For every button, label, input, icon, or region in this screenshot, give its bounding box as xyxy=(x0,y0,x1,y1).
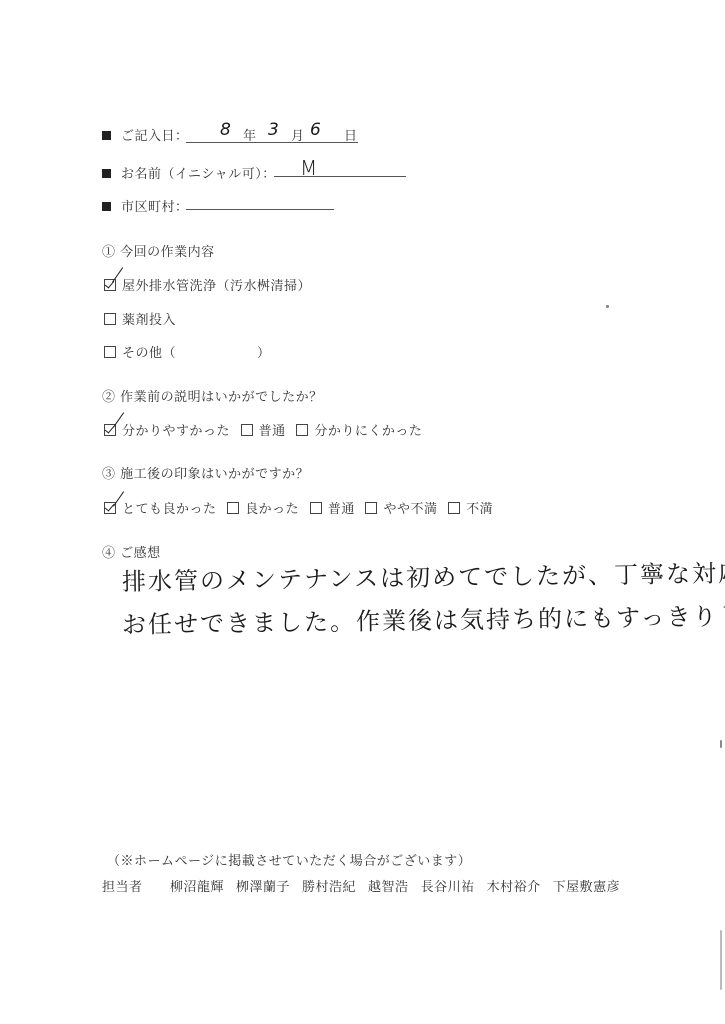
q4-title: ④ ご感想 xyxy=(102,542,161,561)
option-label: 普通 xyxy=(259,424,286,439)
option-label: 薬剤投入 xyxy=(122,313,176,328)
name-value[interactable]: M xyxy=(300,156,317,180)
checkbox-icon[interactable] xyxy=(296,424,308,436)
q3-options: とても良かった 良かった 普通 やや不満 不満 xyxy=(104,498,499,517)
option-label: 不満 xyxy=(466,502,493,517)
comment-line-2[interactable]: お任せできました。作業後は気持ち的にもすっきりしてます。 xyxy=(122,595,725,640)
staff-name: 下屋敷憲彦 xyxy=(553,880,621,895)
date-field: ご記入日： xyxy=(102,125,189,144)
city-underline[interactable] xyxy=(186,209,334,210)
q1-option-outdoor-pipe-cleaning[interactable]: 屋外排水管洗浄（汚水桝清掃） xyxy=(104,275,311,294)
checkbox-icon[interactable] xyxy=(365,502,377,514)
bullet-square-icon xyxy=(102,131,111,140)
option-label: やや不満 xyxy=(383,502,437,517)
q2-title: ② 作業前の説明はいかがでしたか？ xyxy=(102,386,323,405)
staff-name: 勝村浩紀 xyxy=(302,880,356,895)
q1-option-other[interactable]: その他（ ） xyxy=(104,342,271,361)
name-field: お名前（イニシャル可）： xyxy=(102,163,276,182)
q1-title: ① 今回の作業内容 xyxy=(102,241,215,260)
scan-speck xyxy=(606,305,609,308)
date-day-value[interactable]: 6 xyxy=(310,120,321,140)
checkbox-icon[interactable] xyxy=(448,502,460,514)
staff-list: 柳沼龍輝栁澤蘭子勝村浩紀越智浩長谷川祐木村裕介下屋敷憲彦 xyxy=(170,876,620,895)
bullet-square-icon xyxy=(102,169,111,178)
checkbox-icon[interactable] xyxy=(104,346,116,358)
checkbox-checked-icon[interactable] xyxy=(104,279,116,291)
city-label: 市区町村： xyxy=(121,200,189,215)
q3-title: ③ 施工後の印象はいかがですか？ xyxy=(102,463,309,482)
date-year-value[interactable]: 8 xyxy=(220,120,231,140)
scan-edge-mark xyxy=(720,930,722,990)
staff-name: 柳沼龍輝 xyxy=(170,880,224,895)
name-underline xyxy=(274,176,406,177)
option-label: 良かった xyxy=(245,502,299,517)
checkbox-icon[interactable] xyxy=(104,313,116,325)
staff-label: 担当者 xyxy=(102,876,143,895)
publication-note: （※ホームページに掲載させていただく場合がございます） xyxy=(107,850,471,869)
date-label: ご記入日： xyxy=(121,129,189,144)
option-label: 分かりやすかった xyxy=(122,424,230,439)
date-day-unit: 日 xyxy=(344,125,358,144)
date-year-unit: 年 xyxy=(243,125,257,144)
staff-name: 越智浩 xyxy=(368,880,409,895)
checkbox-icon[interactable] xyxy=(227,502,239,514)
checkbox-icon[interactable] xyxy=(310,502,322,514)
comment-line-1[interactable]: 排水管のメンテナンスは初めてでしたが、丁寧な対応で不安なく xyxy=(122,552,725,597)
option-label: 分かりにくかった xyxy=(314,424,422,439)
scan-speck xyxy=(720,740,722,748)
date-month-value[interactable]: 3 xyxy=(268,120,279,140)
date-underline xyxy=(186,142,358,143)
staff-name: 栁澤蘭子 xyxy=(236,880,290,895)
date-month-unit: 月 xyxy=(291,125,305,144)
q2-options: 分かりやすかった 普通 分かりにくかった xyxy=(104,420,428,439)
staff-name: 長谷川祐 xyxy=(421,880,475,895)
checkbox-icon[interactable] xyxy=(241,424,253,436)
option-label: 屋外排水管洗浄（汚水桝清掃） xyxy=(122,279,311,294)
option-label: 普通 xyxy=(328,502,355,517)
staff-name: 木村裕介 xyxy=(487,880,541,895)
q1-option-chemical[interactable]: 薬剤投入 xyxy=(104,309,176,328)
city-field: 市区町村： xyxy=(102,196,189,215)
name-label: お名前（イニシャル可）： xyxy=(121,167,276,182)
option-label: その他（ ） xyxy=(122,346,271,361)
option-label: とても良かった xyxy=(122,502,217,517)
bullet-square-icon xyxy=(102,202,111,211)
